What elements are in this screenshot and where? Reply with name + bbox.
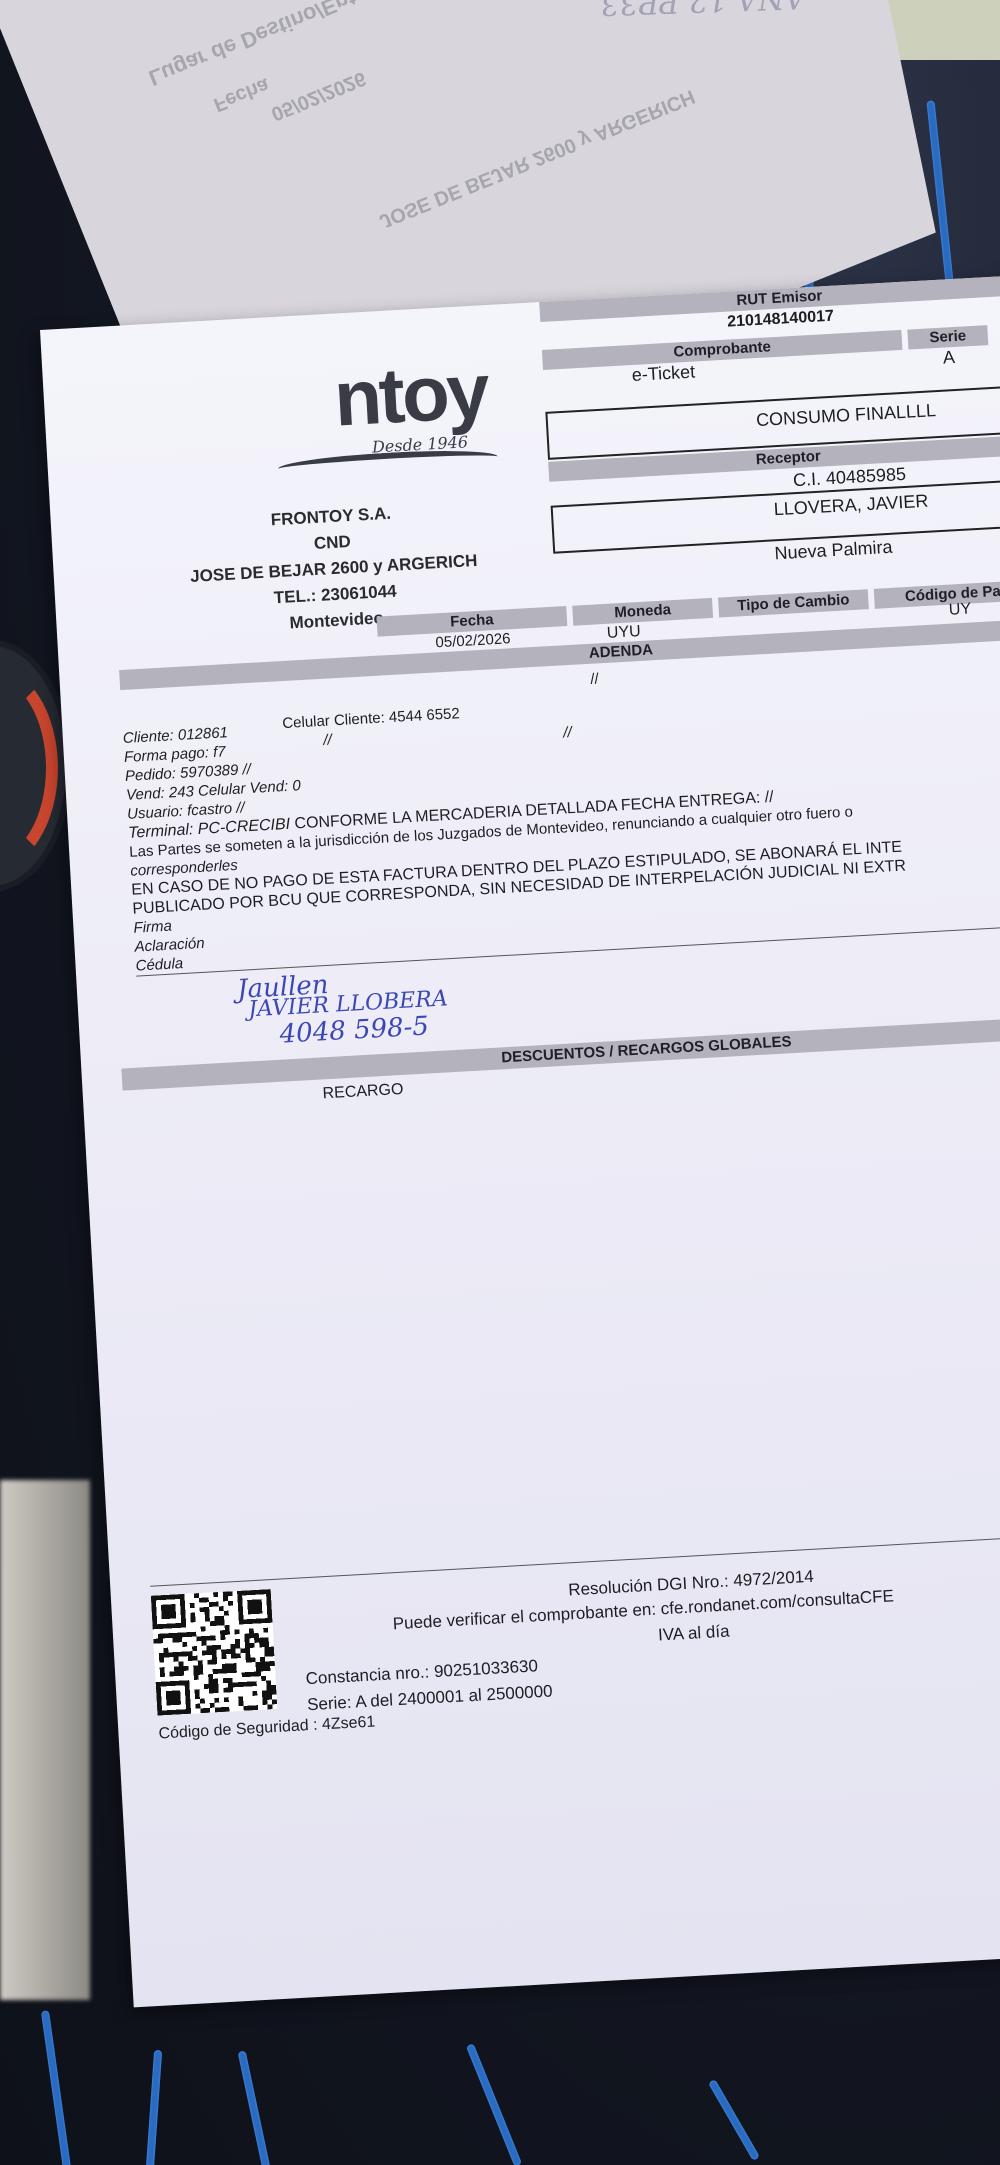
recargo-item: RECARGO <box>303 1080 424 1105</box>
qr-code <box>151 1589 278 1716</box>
tipo-cambio-label: Tipo de Cambio <box>718 589 869 617</box>
serie-value: A <box>908 345 989 370</box>
adenda-content: // Cliente: 012861 Celular Cliente: 4544… <box>121 646 1000 977</box>
moneda-label: Moneda <box>572 598 713 626</box>
frontoy-logo: ntoy Desde 1946 <box>272 343 539 487</box>
invoice-e-ticket: ntoy Desde 1946 FRONTOY S.A. CND JOSE DE… <box>40 274 1000 2007</box>
codigo-seguridad: Código de Seguridad : 4Zse61 <box>158 1713 376 1743</box>
invoice-footer: Resolución DGI Nro.: 4972/2014 Puede ver… <box>150 1534 1000 1586</box>
descuentos-recargos-label: DESCUENTOS / RECARGOS GLOBALES <box>121 1016 1000 1091</box>
seat-highlight <box>0 1480 90 2000</box>
